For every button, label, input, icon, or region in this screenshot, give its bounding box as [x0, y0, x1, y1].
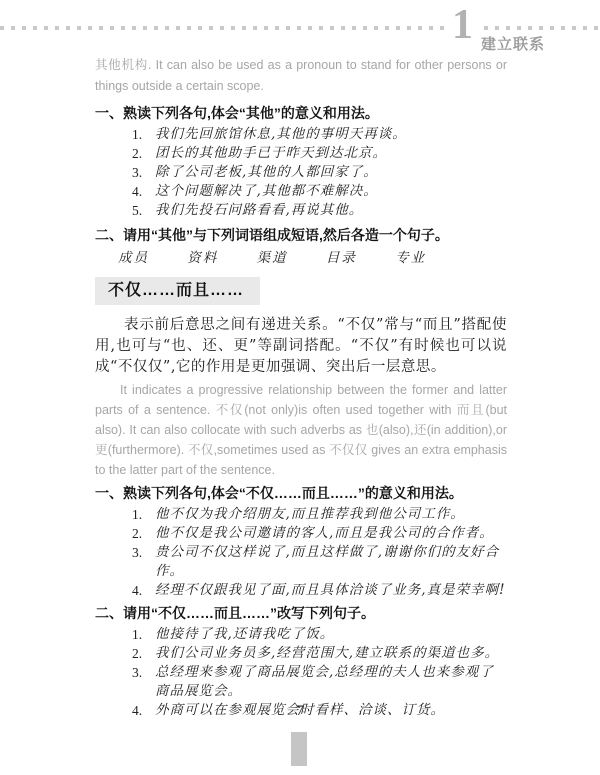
item-text: 除了公司老板,其他的人都回家了。 [155, 163, 507, 182]
list-item: 3.总经理来参观了商品展览会,总经理的夫人也来参观了商品展览会。 [132, 663, 507, 701]
item-number: 2. [132, 644, 155, 663]
item-text: 他不仅是我公司邀请的客人,而且是我公司的合作者。 [155, 524, 507, 543]
unit-title: 建立联系 [481, 33, 545, 54]
item-number: 3. [132, 163, 155, 182]
bujin-exercise2-heading: 二、请用“不仅……而且……”改写下列句子。 [95, 603, 507, 623]
item-text: 我们先投石问路看看,再说其他。 [155, 201, 507, 220]
page-content: 其他机构. It can also be used as a pronoun t… [95, 55, 507, 720]
textbook-page: 1 建立联系 其他机构. It can also be used as a pr… [0, 0, 600, 775]
grammar-explanation-en: It indicates a progressive relationship … [95, 380, 507, 480]
item-number: 5. [132, 201, 155, 220]
list-item: 4.这个问题解决了,其他都不难解决。 [132, 182, 507, 201]
word-item: 资料 [187, 249, 250, 268]
word-item: 渠道 [257, 249, 320, 268]
item-text: 他不仅为我介绍朋友,而且推荐我到他公司工作。 [155, 505, 507, 524]
word-bank-row: 成员 资料 渠道 目录 专业 [118, 249, 507, 268]
list-item: 1.他不仅为我介绍朋友,而且推荐我到他公司工作。 [132, 505, 507, 524]
list-item: 2.团长的其他助手已于昨天到达北京。 [132, 144, 507, 163]
item-number: 1. [132, 505, 155, 524]
item-number: 4. [132, 581, 155, 600]
item-text: 总经理来参观了商品展览会,总经理的夫人也来参观了商品展览会。 [155, 663, 507, 701]
list-item: 5.我们先投石问路看看,再说其他。 [132, 201, 507, 220]
item-number: 2. [132, 524, 155, 543]
word-item: 目录 [326, 249, 389, 268]
item-number: 3. [132, 663, 155, 701]
item-text: 经理不仅跟我见了面,而且具体洽谈了业务,真是荣幸啊! [155, 581, 507, 600]
grammar-explanation-zh: 表示前后意思之间有递进关系。“不仅”常与“而且”搭配使用,也可与“也、还、更”等… [95, 315, 507, 378]
bookmark-tab [291, 732, 307, 766]
list-item: 4.经理不仅跟我见了面,而且具体洽谈了业务,真是荣幸啊! [132, 581, 507, 600]
item-number: 1. [132, 125, 155, 144]
item-text: 团长的其他助手已于昨天到达北京。 [155, 144, 507, 163]
bujin-exercise1-list: 1.他不仅为我介绍朋友,而且推荐我到他公司工作。 2.他不仅是我公司邀请的客人,… [95, 505, 507, 600]
list-item: 2.他不仅是我公司邀请的客人,而且是我公司的合作者。 [132, 524, 507, 543]
item-text: 贵公司不仅这样说了,而且这样做了,谢谢你们的友好合作。 [155, 543, 507, 581]
intro-continuation-paragraph: 其他机构. It can also be used as a pronoun t… [95, 55, 507, 97]
unit-number: 1 [447, 4, 478, 46]
qita-exercise1-list: 1.我们先回旅馆休息,其他的事明天再谈。 2.团长的其他助手已于昨天到达北京。 … [95, 125, 507, 220]
list-item: 1.我们先回旅馆休息,其他的事明天再谈。 [132, 125, 507, 144]
item-number: 4. [132, 182, 155, 201]
page-number: 7 [0, 703, 600, 720]
item-number: 1. [132, 625, 155, 644]
qita-exercise2-heading: 二、请用“其他”与下列词语组成短语,然后各造一个句子。 [95, 225, 507, 245]
item-text: 我们公司业务员多,经营范围大,建立联系的渠道也多。 [155, 644, 507, 663]
list-item: 3.除了公司老板,其他的人都回家了。 [132, 163, 507, 182]
item-text: 我们先回旅馆休息,其他的事明天再谈。 [155, 125, 507, 144]
word-item: 专业 [395, 249, 458, 268]
word-item: 成员 [118, 249, 181, 268]
item-text: 这个问题解决了,其他都不难解决。 [155, 182, 507, 201]
bujin-exercise1-heading: 一、熟读下列各句,体会“不仅……而且……”的意义和用法。 [95, 483, 507, 503]
item-text: 他接待了我,还请我吃了饭。 [155, 625, 507, 644]
header-dashed-rule [0, 26, 600, 30]
grammar-point-box: 不仅……而且…… [95, 277, 260, 305]
item-number: 3. [132, 543, 155, 581]
item-number: 2. [132, 144, 155, 163]
list-item: 3.贵公司不仅这样说了,而且这样做了,谢谢你们的友好合作。 [132, 543, 507, 581]
list-item: 2.我们公司业务员多,经营范围大,建立联系的渠道也多。 [132, 644, 507, 663]
qita-exercise1-heading: 一、熟读下列各句,体会“其他”的意义和用法。 [95, 103, 507, 123]
list-item: 1.他接待了我,还请我吃了饭。 [132, 625, 507, 644]
